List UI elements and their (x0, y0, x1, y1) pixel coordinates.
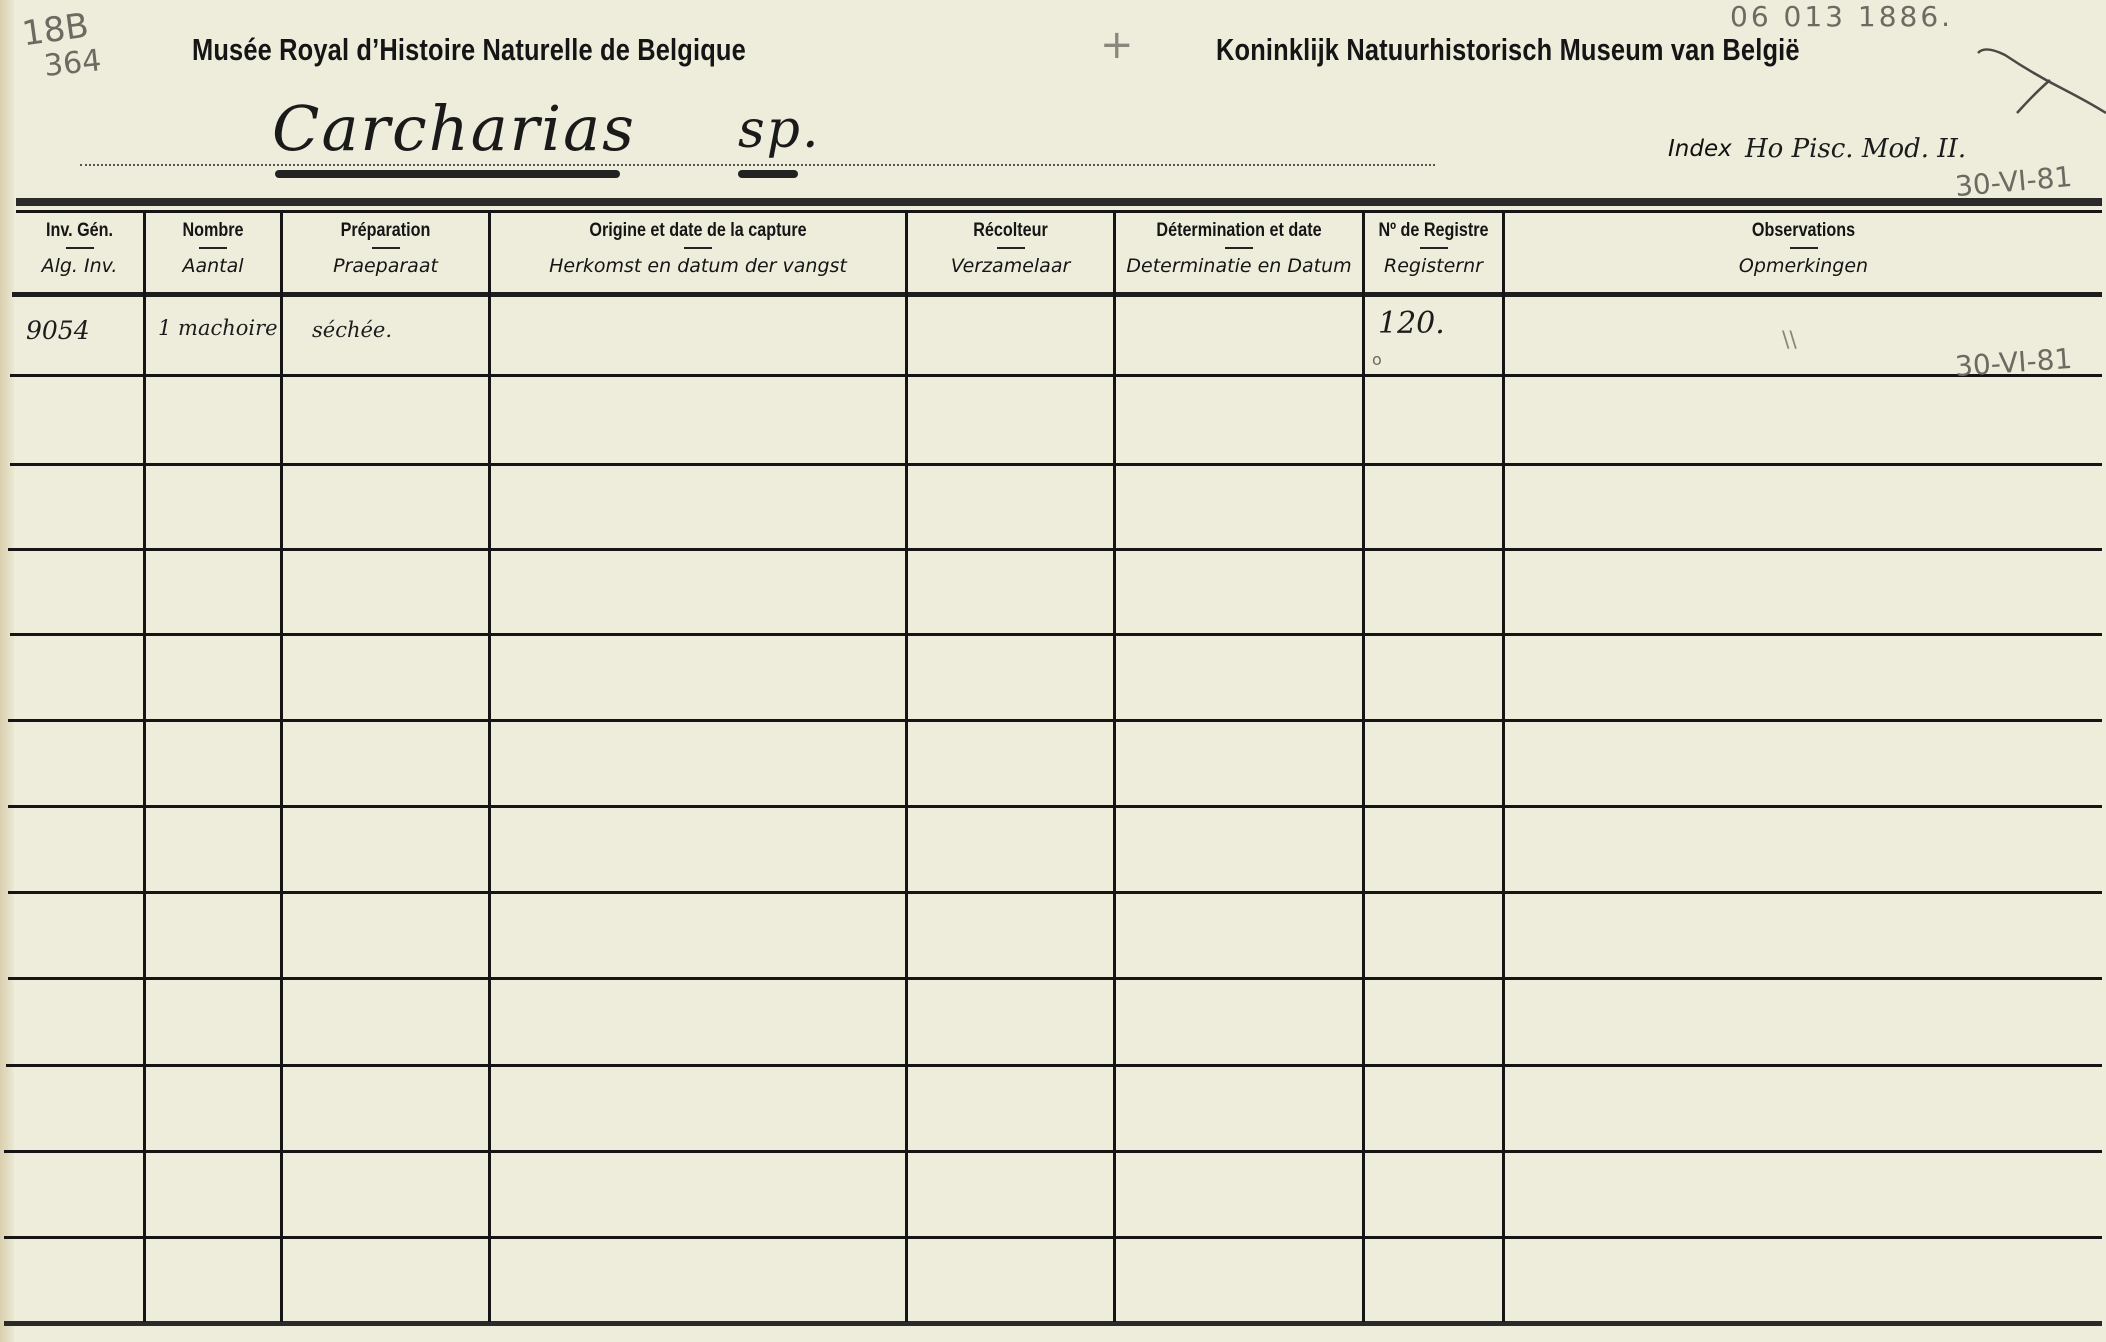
species-underline (275, 170, 620, 178)
header-nl: Opmerkingen (1505, 255, 2102, 277)
row-rule (4, 1236, 2102, 1239)
header-nl: Determinatie en Datum (1116, 255, 1362, 277)
species-name: Carcharias (272, 92, 636, 165)
header-fr: Origine et date de la capture (522, 220, 874, 242)
col-separator (488, 210, 491, 1322)
table-bottom-rule (4, 1321, 2102, 1326)
pencil-note-top-left-2: 364 (42, 43, 103, 84)
cell-preparation: séchée. (312, 318, 392, 342)
cell-inv: 9054 (26, 316, 90, 345)
column-header-determination: Détermination et date Determinatie en Da… (1116, 212, 1362, 292)
col-separator (905, 210, 908, 1322)
header-fr: Récolteur (923, 220, 1097, 242)
qualifier-underline (738, 170, 798, 178)
header-nl: Verzamelaar (908, 255, 1113, 277)
col-separator (1502, 210, 1505, 1322)
header-dash (199, 247, 227, 249)
paper-edge (0, 0, 14, 1342)
cell-registre: 120. (1378, 306, 1445, 341)
cell-registre-note: o (1372, 350, 1382, 369)
row-rule (8, 805, 2102, 808)
index-label: Index (1668, 136, 1732, 162)
column-header-observations: Observations Opmerkingen (1505, 212, 2102, 292)
pencil-x-mark-icon (1975, 45, 2106, 115)
header-nl: Aantal (146, 255, 280, 277)
row-rule (4, 1150, 2102, 1153)
column-header-inv: Inv. Gén. Alg. Inv. (16, 212, 143, 292)
cell-observations-mark: \\ (1782, 328, 1797, 353)
table-top-thick-rule (16, 198, 2102, 206)
species-qualifier: sp. (738, 100, 821, 160)
row-rule (8, 548, 2102, 551)
header-fr: Détermination et date (1134, 220, 1343, 242)
index-value: Ho Pisc. Mod. II. (1745, 134, 1966, 164)
header-nl: Registernr (1365, 255, 1502, 277)
row-rule (10, 374, 2102, 377)
header-dash (1225, 247, 1253, 249)
row-rule (8, 891, 2102, 894)
institution-name-nl: Koninklijk Natuurhistorisch Museum van B… (1216, 32, 1800, 68)
column-header-preparation: Préparation Praeparaat (283, 212, 488, 292)
header-fr: Observations (1550, 220, 2057, 242)
header-nl: Alg. Inv. (16, 255, 143, 277)
row-rule (6, 1064, 2102, 1067)
row-rule (10, 633, 2102, 636)
header-dash (1420, 247, 1448, 249)
header-dash (372, 247, 400, 249)
col-separator (280, 210, 283, 1322)
header-dash (66, 247, 94, 249)
header-bottom-rule (12, 292, 2102, 297)
cell-nombre: 1 machoire (158, 316, 278, 340)
header-dash (1790, 247, 1818, 249)
column-header-origine: Origine et date de la capture Herkomst e… (491, 212, 905, 292)
row-rule (8, 719, 2102, 722)
header-fr: Inv. Gén. (26, 220, 134, 242)
row-rule (8, 977, 2102, 980)
col-separator (1362, 210, 1365, 1322)
pencil-date-index: 30-VI-81 (1954, 160, 2074, 203)
pencil-cross-mark: + (1100, 22, 1134, 68)
column-header-registre: Nº de Registre Registernr (1365, 212, 1502, 292)
header-nl: Praeparaat (283, 255, 488, 277)
row-rule (10, 463, 2102, 466)
header-dash (684, 247, 712, 249)
institution-name-fr: Musée Royal d’Histoire Naturelle de Belg… (192, 32, 746, 68)
header-fr: Nº de Registre (1375, 220, 1491, 242)
col-separator (1113, 210, 1116, 1322)
header-fr: Préparation (298, 220, 472, 242)
header-fr: Nombre (156, 220, 270, 242)
header-dash (997, 247, 1025, 249)
header-nl: Herkomst en datum der vangst (491, 255, 905, 277)
column-header-nombre: Nombre Aantal (146, 212, 280, 292)
pencil-code-top-right: 06 013 1886. (1730, 0, 1953, 33)
column-header-recolteur: Récolteur Verzamelaar (908, 212, 1113, 292)
col-separator (143, 210, 146, 1322)
